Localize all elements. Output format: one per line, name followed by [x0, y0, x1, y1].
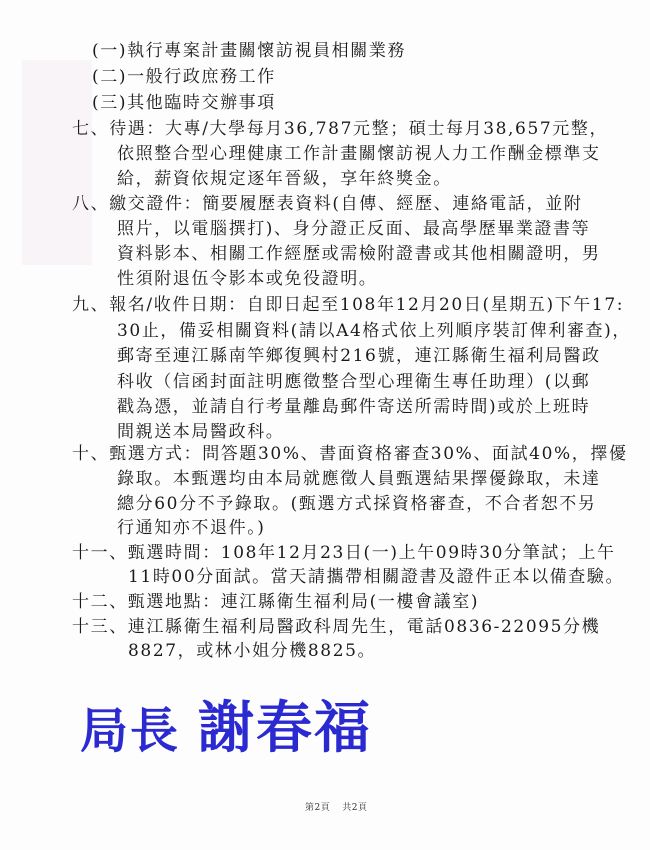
- text-line: 間親送本局醫政科。: [117, 421, 284, 443]
- text-line: 十一、甄選時間：108年12月23日(一)上午09時30分筆試；上午: [72, 542, 616, 564]
- text-line: 行通知亦不退件。): [117, 517, 266, 539]
- text-line: 九、報名/收件日期：自即日起至108年12月20日(星期五)下午17:: [72, 294, 624, 316]
- text-line: 科收（信函封面註明應徵整合型心理衛生專任助理）(以郵: [117, 371, 590, 393]
- page-number: 第2頁: [305, 803, 330, 813]
- text-line: 總分60分不予錄取。(甄選方式採資格審查，不合者恕不另: [117, 493, 596, 515]
- signature-title: 局長: [80, 703, 180, 759]
- text-line: 錄取。本甄選均由本局就應徵人員甄選結果擇優錄取，未達: [117, 468, 601, 490]
- text-line: 資料影本、相關工作經歷或需檢附證書或其他相關證明，男: [117, 243, 601, 265]
- text-line: 十、甄選方式：問答題30%、書面資格審查30%、面試40%，擇優: [72, 443, 628, 465]
- text-line: 8827，或林小姐分機8825。: [128, 640, 376, 662]
- signature-stamp: 局長謝春福: [80, 698, 372, 761]
- text-line: 戳為憑，並請自行考量離島郵件寄送所需時間)或於上班時: [117, 396, 590, 418]
- text-line: 七、待遇：大專/大學每月36,787元整；碩士每月38,657元整，: [72, 118, 608, 140]
- text-line: 給，薪資依規定逐年晉級，享年終獎金。: [117, 168, 452, 190]
- text-line: 十三、連江縣衛生福利局醫政科周先生，電話0836-22095分機: [72, 616, 600, 638]
- text-line: 八、繳交證件：簡要履歷表資料(自傳、經歷、連絡電話，並附: [72, 193, 582, 215]
- signature-name: 謝春福: [198, 695, 372, 761]
- text-line: (三)其他臨時交辦事項: [92, 92, 276, 114]
- text-line: 30止，備妥相關資料(請以A4格式依上列順序裝訂俾利審查)，: [117, 320, 631, 342]
- text-line: 11時00分面試。當天請攜帶相關證書及證件正本以備查驗。: [128, 566, 624, 588]
- text-line: 依照整合型心理健康工作計畫關懷訪視人力工作酬金標準支: [117, 143, 601, 165]
- text-line: (二)一般行政庶務工作: [92, 66, 276, 88]
- page-footer: 第2頁共2頁: [305, 800, 367, 813]
- page-total: 共2頁: [342, 803, 367, 813]
- text-line: 郵寄至連江縣南竿鄉復興村216號，連江縣衛生福利局醫政: [117, 345, 601, 367]
- document-page: (一)執行專案計畫關懷訪視員相關業務(二)一般行政庶務工作(三)其他臨時交辦事項…: [0, 0, 650, 850]
- text-line: 照片，以電腦撰打)、身分證正反面、最高學歷畢業證書等: [117, 218, 590, 240]
- text-line: 性須附退伍令影本或免役證明。: [117, 268, 377, 290]
- text-line: 十二、甄選地點：連江縣衛生福利局(一樓會議室): [72, 591, 479, 613]
- scan-shading: [22, 60, 92, 265]
- text-line: (一)執行專案計畫關懷訪視員相關業務: [92, 40, 406, 62]
